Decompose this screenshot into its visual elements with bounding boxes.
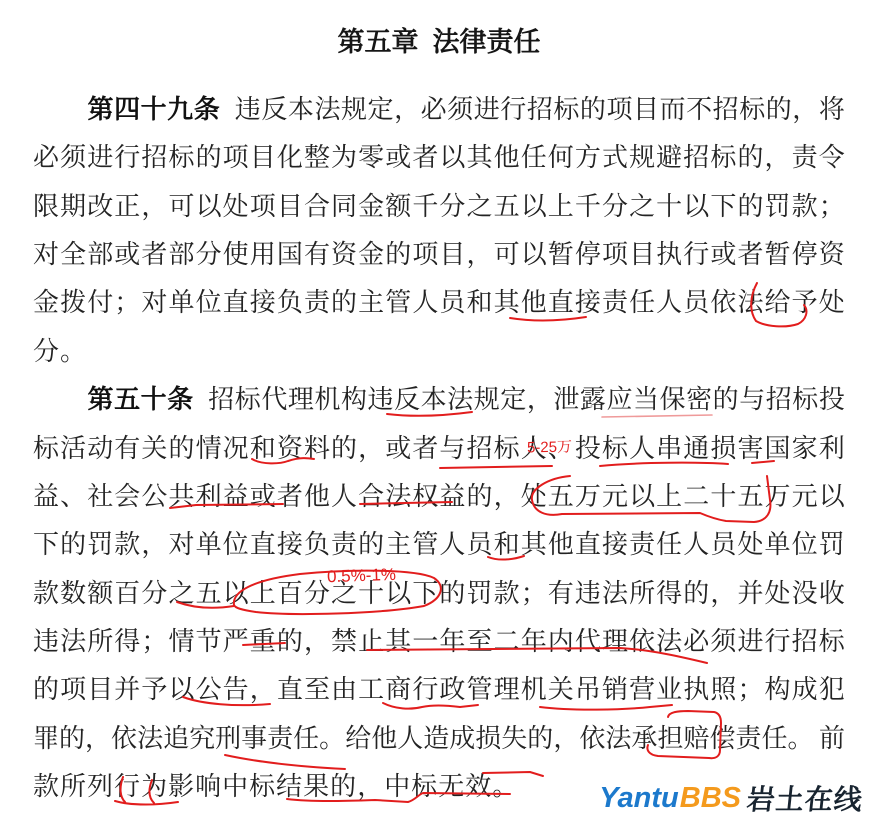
text-line: 款数额百分之五以上百分之十以下的罚款；有违法所得的，并处没收 [33, 579, 845, 609]
text-line: 金拨付；对单位直接负责的主管人员和其他直接责任人员依法给予处 [33, 288, 845, 318]
chapter-title: 第五章法律责任 [33, 27, 845, 59]
text-line: 对全部或者部分使用国有资金的项目，可以暂停项目执行或者暂停资 [33, 240, 845, 270]
text-line: 限期改正，可以处项目合同金额千分之五以上千分之十以下的罚款； [33, 192, 845, 222]
text-line: 第五十条招标代理机构违反本法规定，泄露应当保密的与招标投 [33, 385, 845, 415]
document-page: 第五章法律责任 第四十九条违反本法规定，必须进行招标的项目而不招标的，将必须进行… [0, 0, 877, 832]
text-line: 标活动有关的情况和资料的，或者与招标人、投标人串通损害国家利 [33, 434, 845, 464]
red-underline [440, 466, 552, 468]
handwritten-annotation-amount: 5-25万 [527, 436, 572, 458]
text-line: 益、社会公共利益或者他人合法权益的，处五万元以上二十五万元以 [33, 482, 845, 512]
logo-cn-text: 岩土在线 [745, 778, 865, 818]
logo-yantu: Yantu [599, 782, 678, 815]
text-line: 分。 [33, 337, 845, 367]
red-underline [225, 755, 345, 769]
text-line: 违法所得；情节严重的，禁止其一年至二年内代理依法必须进行招标 [33, 627, 845, 657]
red-underline [540, 705, 672, 710]
handwritten-annotation-percent: 0.5%-1% [327, 565, 397, 587]
red-underline-light [602, 415, 712, 417]
text-line: 下的罚款，对单位直接负责的主管人员和其他直接责任人员处单位罚 [33, 530, 845, 560]
logo-bbs: BBS [680, 782, 741, 815]
text-line: 罪的，依法追究刑事责任。给他人造成损失的，依法承担赔偿责任。前 [33, 724, 845, 754]
text-line: 第四十九条违反本法规定，必须进行招标的项目而不招标的，将 [33, 95, 845, 125]
text-line: 的项目并予以公告，直至由工商行政管理机关吊销营业执照；构成犯 [33, 675, 845, 705]
text-line: 必须进行招标的项目化整为零或者以其他任何方式规避招标的，责令 [33, 143, 845, 173]
yantubbs-logo: YantuBBS岩土在线 [599, 781, 863, 815]
